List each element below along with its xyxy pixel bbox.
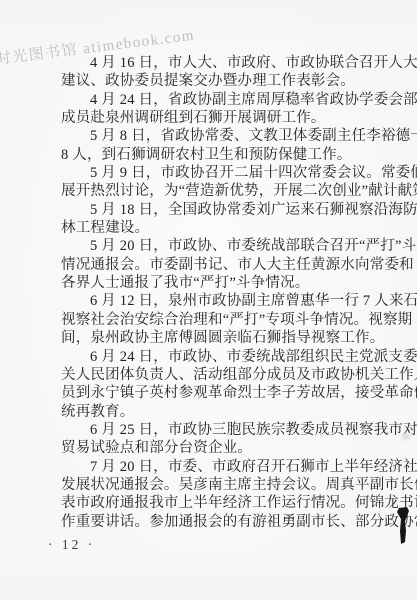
text-line: 5 月 8 日，省政协常委、文教卫体委副主任李裕德一行	[61, 127, 398, 145]
text-line: 5 月 18 日，全国政协常委刘广运来石狮视察沿海防护	[61, 201, 398, 219]
text-line: 员到永宁镇子英村参观革命烈士李子芳故居，接受革命传	[61, 384, 398, 402]
ink-stain	[396, 507, 412, 547]
text-line: 5 月 9 日，市政协召开二届十四次常委会议。常委们	[61, 164, 398, 182]
text-line: 4 月 24 日，省政协副主席周厚稳率省政协学委会部份	[61, 91, 398, 109]
text-line: 5 月 20 日，市政协、市委统战部联合召开“严打”斗争	[61, 237, 398, 255]
text-line: 成员赴泉州调研组到石狮开展调研工作。	[61, 109, 398, 127]
page-text: 4 月 16 日，市人大、市政府、市政协联合召开人大代表建议、政协委员提案交办暨…	[61, 54, 398, 531]
text-line: 关人民团体负责人、活动组部分成员及市政协机关工作人	[61, 366, 398, 384]
text-line: 视察社会治安综合治理和“严打”专项斗争情况。视察期	[61, 311, 398, 329]
text-line: 间，泉州政协主席傅圆圆亲临石狮指导视察工作。	[61, 329, 398, 347]
text-line: 统再教育。	[61, 403, 398, 421]
text-line: 7 月 20 日，市委、市政府召开石狮市上半年经济社会	[61, 458, 398, 476]
text-line: 贸易试验点和部分台资企业。	[61, 439, 398, 457]
text-line: 4 月 16 日，市人大、市政府、市政协联合召开人大代表	[61, 54, 398, 72]
text-line: 6 月 25 日，市政协三胞民族宗教委成员视察我市对台	[61, 421, 398, 439]
text-line: 各界人士通报了我市“严打”斗争情况。	[61, 274, 398, 292]
page-number: · 12 ·	[48, 537, 95, 553]
text-line: 建议、政协委员提案交办暨办理工作表彰会。	[61, 72, 398, 90]
text-line: 表市政府通报我市上半年经济工作运行情况。何锦龙书记	[61, 494, 398, 512]
text-line: 林工程建设。	[61, 219, 398, 237]
text-line: 作重要讲话。参加通报会的有游祖勇副市长、部分政协常	[61, 513, 398, 531]
text-line: 6 月 24 日，市政协、市委统战部组织民主党派支委、有	[61, 348, 398, 366]
text-line: 8 人，到石狮调研农村卫生和预防保健工作。	[61, 146, 398, 164]
text-line: 展开热烈讨论，为“营造新优势，开展二次创业”献计献策。	[61, 182, 398, 200]
text-line: 6 月 12 日，泉州市政协副主席曾惠华一行 7 人来石狮	[61, 292, 398, 310]
scanned-book-page: 时光图书馆 atimebook.com 4 月 16 日，市人大、市政府、市政协…	[0, 0, 417, 600]
text-line: 情况通报会。市委副书记、市人大主任黄源水向常委和	[61, 256, 398, 274]
text-line: 发展状况通报会。吴彦南主席主持会议。周真平副市长代	[61, 476, 398, 494]
